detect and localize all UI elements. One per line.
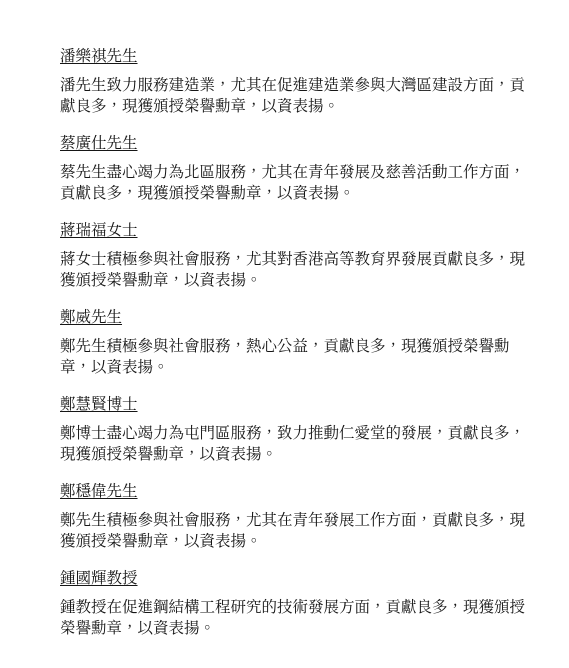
citation-paragraph: 蔡先生盡心竭力為北區服務，尤其在青年發展及慈善活動工作方面，貢獻良多，現獲頒授榮… <box>60 163 525 204</box>
citation-paragraph: 鄭先生積極參與社會服務，尤其在青年發展工作方面，貢獻良多，現獲頒授榮譽勳章，以資… <box>60 511 525 552</box>
citation-paragraph: 潘先生致力服務建造業，尤其在促進建造業參與大灣區建設方面，貢獻良多，現獲頒授榮譽… <box>60 76 525 117</box>
honouree-name-heading: 潘樂祺先生 <box>60 47 525 67</box>
honouree-entry: 鍾國輝教授 鍾教授在促進鋼結構工程研究的技術發展方面，貢獻良多，現獲頒授榮譽勳章… <box>60 569 525 639</box>
honouree-name-heading: 鄭威先生 <box>60 308 525 328</box>
honouree-entry: 鄭慧賢博士 鄭博士盡心竭力為屯門區服務，致力推動仁愛堂的發展，貢獻良多，現獲頒授… <box>60 395 525 465</box>
honouree-entry: 蔣瑞福女士 蔣女士積極參與社會服務，尤其對香港高等教育界發展貢獻良多，現獲頒授榮… <box>60 221 525 291</box>
honouree-entry: 蔡廣仕先生 蔡先生盡心竭力為北區服務，尤其在青年發展及慈善活動工作方面，貢獻良多… <box>60 134 525 204</box>
citation-paragraph: 鍾教授在促進鋼結構工程研究的技術發展方面，貢獻良多，現獲頒授榮譽勳章，以資表揚。 <box>60 598 525 639</box>
citation-paragraph: 鄭博士盡心竭力為屯門區服務，致力推動仁愛堂的發展，貢獻良多，現獲頒授榮譽勳章，以… <box>60 424 525 465</box>
honouree-name-heading: 鄭慧賢博士 <box>60 395 525 415</box>
honouree-name-heading: 鍾國輝教授 <box>60 569 525 589</box>
honouree-name-heading: 鄭穩偉先生 <box>60 482 525 502</box>
citation-paragraph: 鄭先生積極參與社會服務，熱心公益，貢獻良多，現獲頒授榮譽勳章，以資表揚。 <box>60 337 525 378</box>
honouree-name-heading: 蔡廣仕先生 <box>60 134 525 154</box>
honouree-name-heading: 蔣瑞福女士 <box>60 221 525 241</box>
citation-paragraph: 蔣女士積極參與社會服務，尤其對香港高等教育界發展貢獻良多，現獲頒授榮譽勳章，以資… <box>60 250 525 291</box>
honouree-entry: 鄭穩偉先生 鄭先生積極參與社會服務，尤其在青年發展工作方面，貢獻良多，現獲頒授榮… <box>60 482 525 552</box>
honouree-entry: 鄭威先生 鄭先生積極參與社會服務，熱心公益，貢獻良多，現獲頒授榮譽勳章，以資表揚… <box>60 308 525 378</box>
honouree-entry: 潘樂祺先生 潘先生致力服務建造業，尤其在促進建造業參與大灣區建設方面，貢獻良多，… <box>60 47 525 117</box>
document-page: 潘樂祺先生 潘先生致力服務建造業，尤其在促進建造業參與大灣區建設方面，貢獻良多，… <box>0 0 569 668</box>
